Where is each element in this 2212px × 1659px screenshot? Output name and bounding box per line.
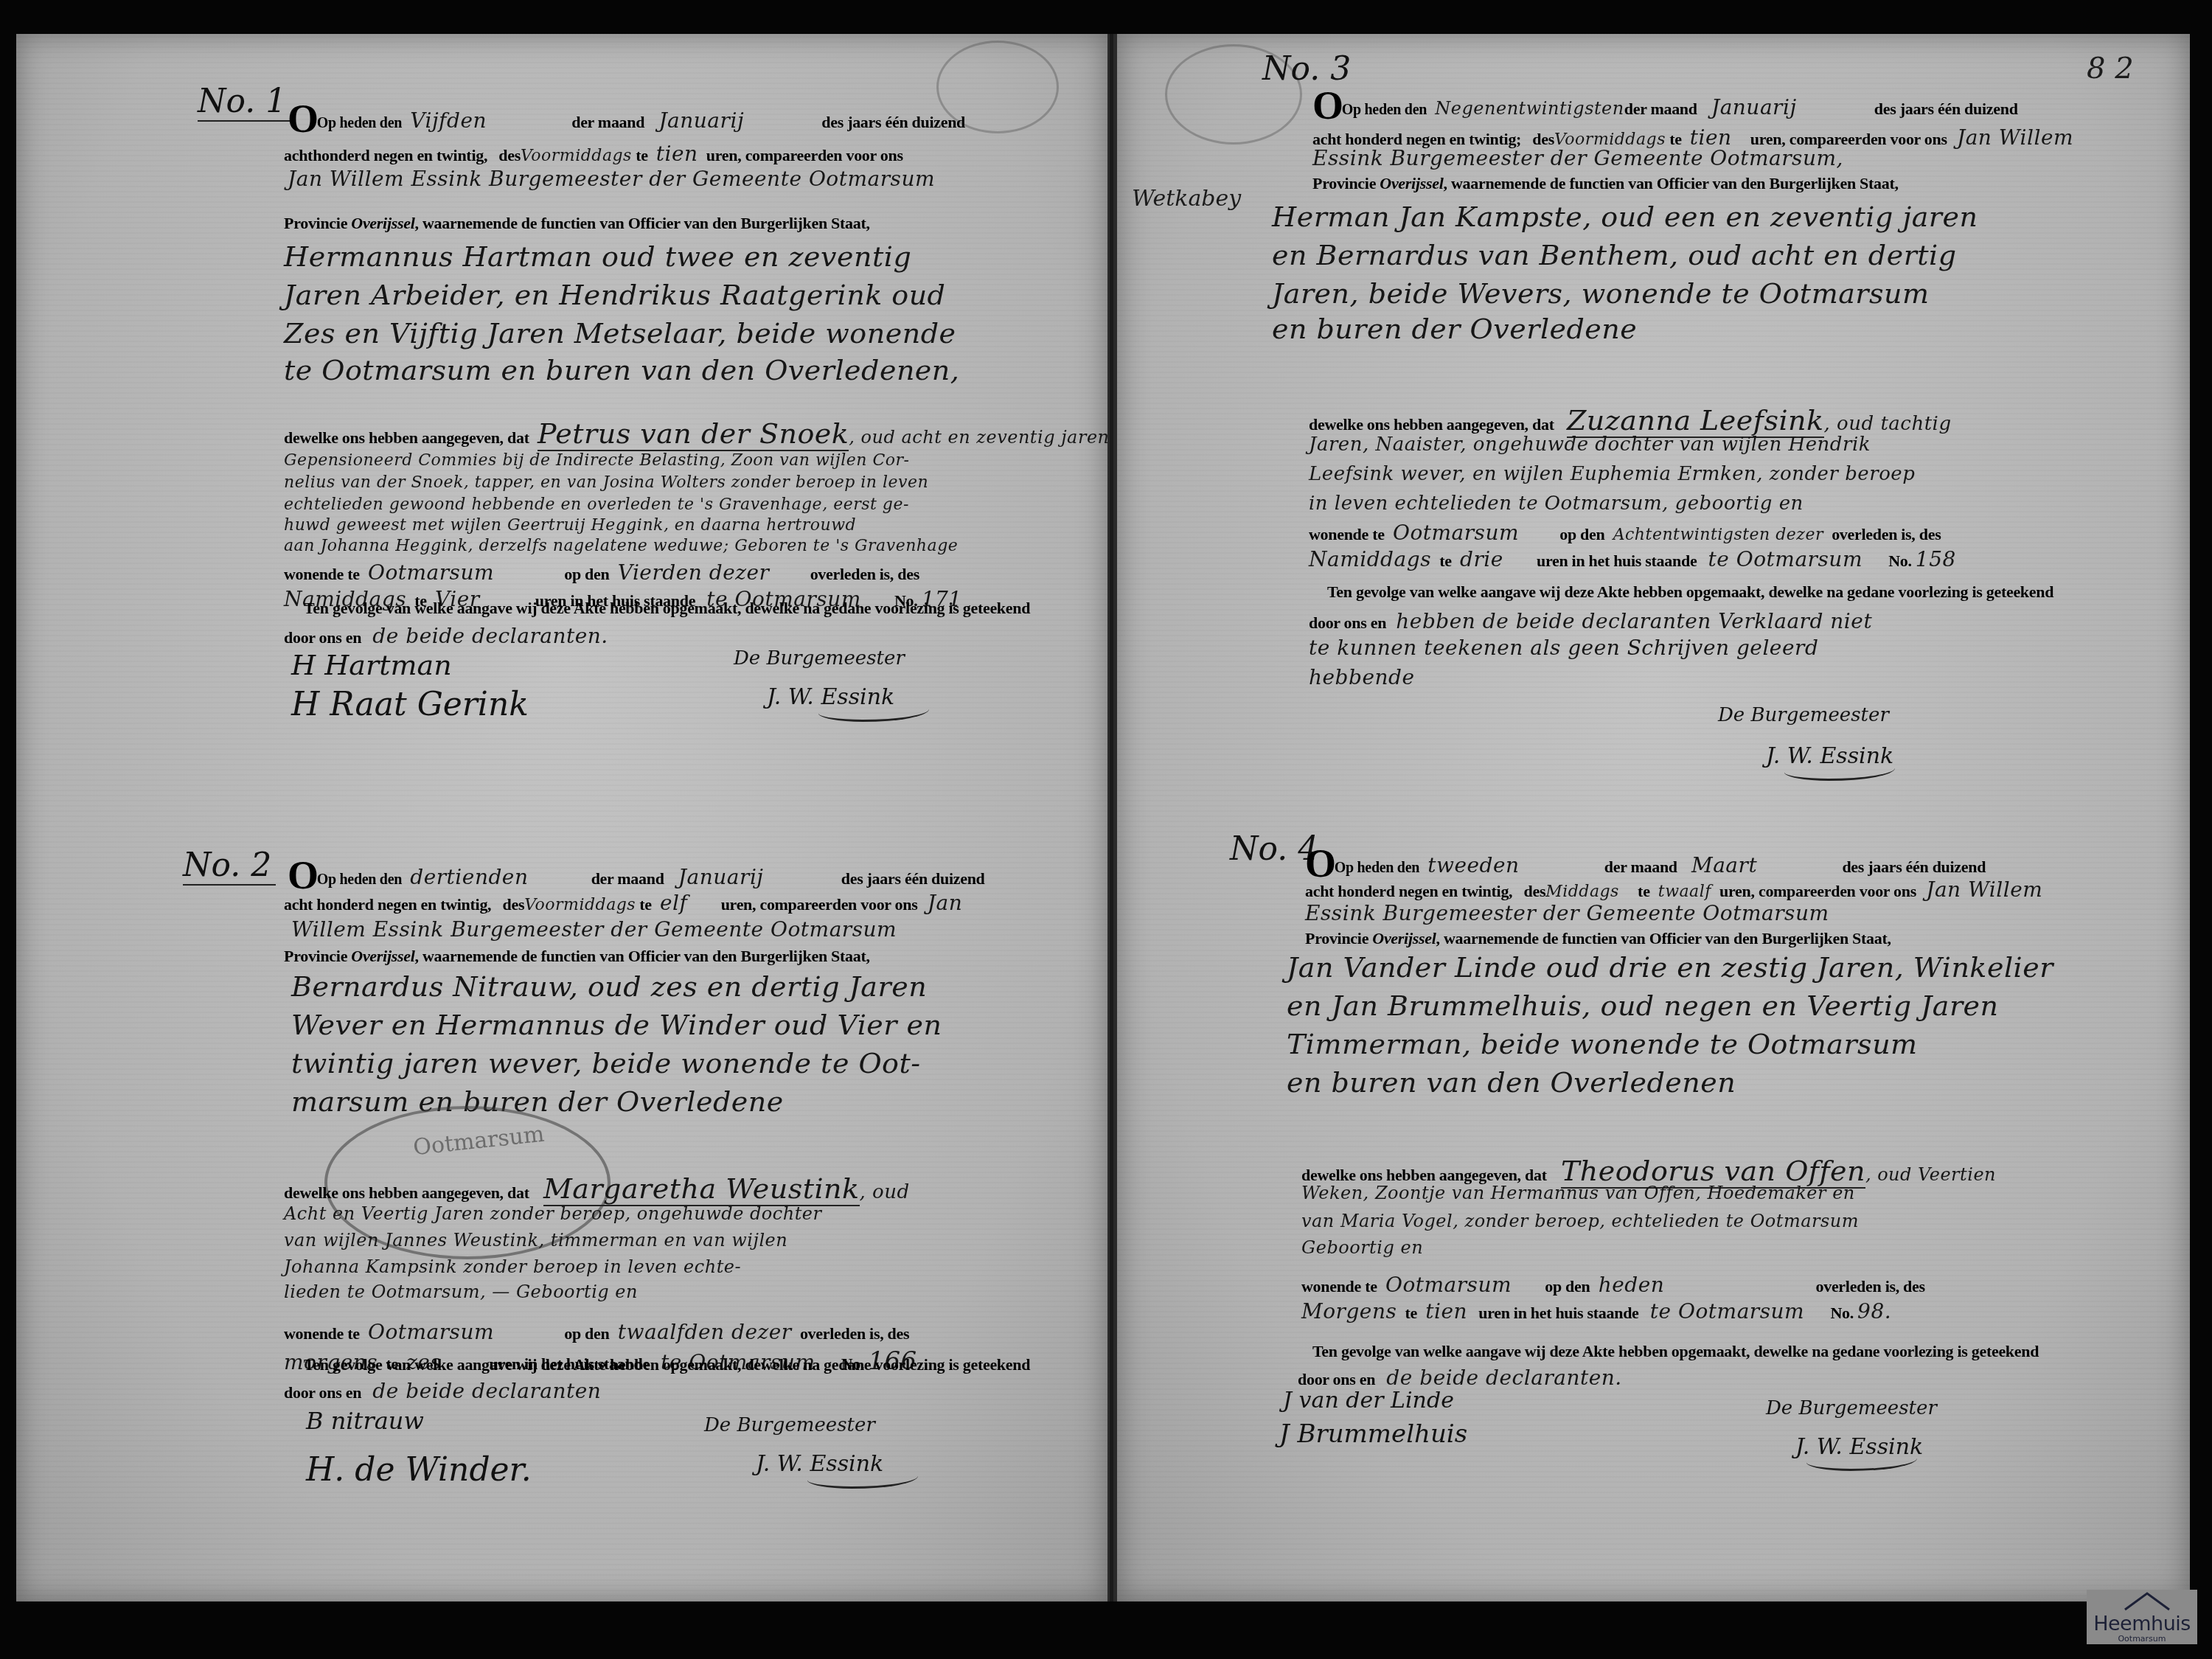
closing-line: Ten gevolge van welke aangave wij deze A…: [1327, 582, 2053, 602]
deceased-detail-2: Leefsink wever, en wijlen Euphemia Ermke…: [1309, 463, 1915, 485]
deceased-detail-2: van Maria Vogel, zonder beroep, echtelie…: [1301, 1211, 1859, 1231]
date-line: OOp heden den Vijfden der maand Januarij…: [288, 96, 965, 142]
signed-by-line: door ons en de beide declaranten.: [284, 624, 608, 648]
act-number: No. 1: [198, 83, 291, 122]
witness-signature-1: J van der Linde: [1283, 1388, 1454, 1413]
deceased-line: dewelke ons hebben aangegeven, dat Petru…: [284, 417, 1110, 450]
deceased-detail-1: Weken, Zoontje van Hermannus van Offen, …: [1301, 1183, 1855, 1203]
house-line: Morgens te tien uren in het huis staande…: [1301, 1299, 1891, 1324]
year-line: acht honderd negen en twintig, desVoormi…: [284, 891, 962, 915]
deceased-detail-2: nelius van der Snoek, tapper, en van Jos…: [284, 473, 928, 492]
closing-line: Ten gevolge van welke aangave wij deze A…: [1312, 1342, 2039, 1361]
deceased-detail-3: echtelieden gewoond hebbende en overlede…: [284, 495, 909, 514]
witness-line-3: Zes en Vijftig Jaren Metselaar, beide wo…: [284, 317, 956, 349]
witness-line-3: Jaren, beide Wevers, wonende te Ootmarsu…: [1272, 277, 1930, 310]
residence-line: wonende te Ootmarsum op den heden overle…: [1301, 1273, 1925, 1297]
province-line: Provincie Overijssel, waarnemende de fun…: [284, 214, 870, 233]
signed-by-line: door ons en de beide declaranten: [284, 1379, 601, 1403]
deceased-detail-4: huwd geweest met wijlen Geertruij Heggin…: [284, 516, 856, 535]
year-line: achthonderd negen en twintig, desVoormid…: [284, 142, 903, 166]
date-line: OOp heden den Negenentwintigstender maan…: [1312, 83, 2018, 128]
deceased-detail-3: Johanna Kampsink zonder beroep in leven …: [284, 1256, 741, 1277]
act-number: No. 2: [183, 846, 276, 886]
heemhuis-logo: Heemhuis Ootmarsum: [2087, 1590, 2197, 1644]
signed-by-line: door ons en de beide declaranten.: [1298, 1366, 1622, 1390]
mayor-title: De Burgemeester: [1766, 1397, 1937, 1419]
deceased-detail-1: Jaren, Naaister, ongehuwde dochter van w…: [1309, 434, 1871, 456]
logo-name: Heemhuis: [2093, 1615, 2191, 1634]
deceased-line: dewelke ons hebben aangegeven, dat Marga…: [284, 1172, 910, 1205]
house-line: Namiddags te drie uren in het huis staan…: [1309, 547, 1956, 571]
deceased-detail-5: aan Johanna Heggink, derzelfs nagelatene…: [284, 537, 958, 555]
deceased-line: dewelke ons hebben aangegeven, dat Zuzan…: [1309, 404, 1952, 437]
printed-O: O: [288, 97, 319, 141]
witness-line-2: en Bernardus van Benthem, oud acht en de…: [1272, 239, 1957, 271]
witness-line-1: Hermannus Hartman oud twee en zeventig: [284, 240, 911, 273]
residence-line: wonende te Ootmarsum op den Achtentwinti…: [1309, 521, 1941, 545]
mayor-title: De Burgemeester: [1718, 704, 1889, 726]
gutter-fold-line: [1110, 34, 1113, 1601]
residence-line: wonende te Ootmarsum op den Vierden deze…: [284, 560, 919, 585]
witness-line-2: Wever en Hermannus de Winder oud Vier en: [291, 1009, 942, 1041]
witness-line-3: twintig jaren wever, beide wonende te Oo…: [291, 1047, 921, 1079]
folio-number: 8 2: [2087, 52, 2134, 86]
witness-line-4: en buren van den Overledenen: [1287, 1066, 1736, 1099]
witness-signature-1: H Hartman: [291, 649, 452, 681]
witness-signature-1: B nitrauw: [306, 1407, 424, 1435]
province-line: Provincie Overijssel, waarnemende de fun…: [284, 947, 870, 966]
closing-line: Ten gevolge van welke aangave wij deze A…: [304, 1355, 1030, 1374]
signed-by-line-2: te kunnen teekenen als geen Schrijven ge…: [1309, 636, 1818, 660]
deceased-detail-3: Geboortig en: [1301, 1237, 1423, 1258]
witness-line-2: en Jan Brummelhuis, oud negen en Veertig…: [1287, 990, 1999, 1022]
witness-signature-2: H Raat Gerink: [291, 686, 529, 723]
witness-line-4: en buren der Overledene: [1272, 313, 1637, 345]
deceased-detail-2: van wijlen Jannes Weustink, timmerman en…: [284, 1230, 787, 1251]
witness-line-1: Herman Jan Kampste, oud een en zeventig …: [1272, 201, 1978, 233]
mayor-title: De Burgemeester: [704, 1414, 875, 1436]
deceased-detail-1: Gepensioneerd Commies bij de Indirecte B…: [284, 451, 909, 470]
closing-line: Ten gevolge van welke aangave wij deze A…: [304, 599, 1030, 618]
witness-signature-2: H. de Winder.: [306, 1451, 532, 1489]
witness-line-4: marsum en buren der Overledene: [291, 1085, 784, 1118]
margin-note: Wetkabey: [1132, 186, 1241, 212]
witness-line-1: Bernardus Nitrauw, oud zes en dertig Jar…: [291, 970, 927, 1003]
province-line: Provincie Overijssel, waarnemende de fun…: [1312, 174, 1899, 193]
logo-subtitle: Ootmarsum: [2118, 1634, 2166, 1644]
official-line: Essink Burgemeester der Gemeente Ootmars…: [1312, 146, 1843, 170]
printed-O: O: [1312, 83, 1343, 128]
official-line: Willem Essink Burgemeester der Gemeente …: [291, 917, 897, 942]
signed-by-line: door ons en hebben de beide declaranten …: [1309, 609, 1872, 633]
witness-line-3: Timmerman, beide wonende te Ootmarsum: [1287, 1028, 1918, 1060]
year-line: acht honderd negen en twintig, desMiddag…: [1305, 877, 2042, 902]
official-line: Jan Willem Essink Burgemeester der Gemee…: [288, 167, 935, 191]
deceased-detail-4: lieden te Ootmarsum, — Geboortig en: [284, 1281, 638, 1302]
signed-by-line-3: hebbende: [1309, 665, 1415, 689]
deceased-detail-1: Acht en Veertig Jaren zonder beroep, ong…: [284, 1203, 822, 1224]
witness-signature-2: J Brummelhuis: [1279, 1419, 1467, 1449]
witness-line-4: te Ootmarsum en buren van den Overledene…: [284, 354, 959, 386]
witness-line-2: Jaren Arbeider, en Hendrikus Raatgerink …: [284, 279, 945, 311]
official-line: Essink Burgemeester der Gemeente Ootmars…: [1305, 901, 1829, 925]
province-line: Provincie Overijssel, waarnemende de fun…: [1305, 929, 1891, 948]
witness-line-1: Jan Vander Linde oud drie en zestig Jare…: [1287, 951, 2053, 984]
mayor-title: De Burgemeester: [734, 647, 905, 669]
deceased-detail-3: in leven echtelieden te Ootmarsum, geboo…: [1309, 493, 1804, 515]
residence-line: wonende te Ootmarsum op den twaalfden de…: [284, 1320, 909, 1344]
